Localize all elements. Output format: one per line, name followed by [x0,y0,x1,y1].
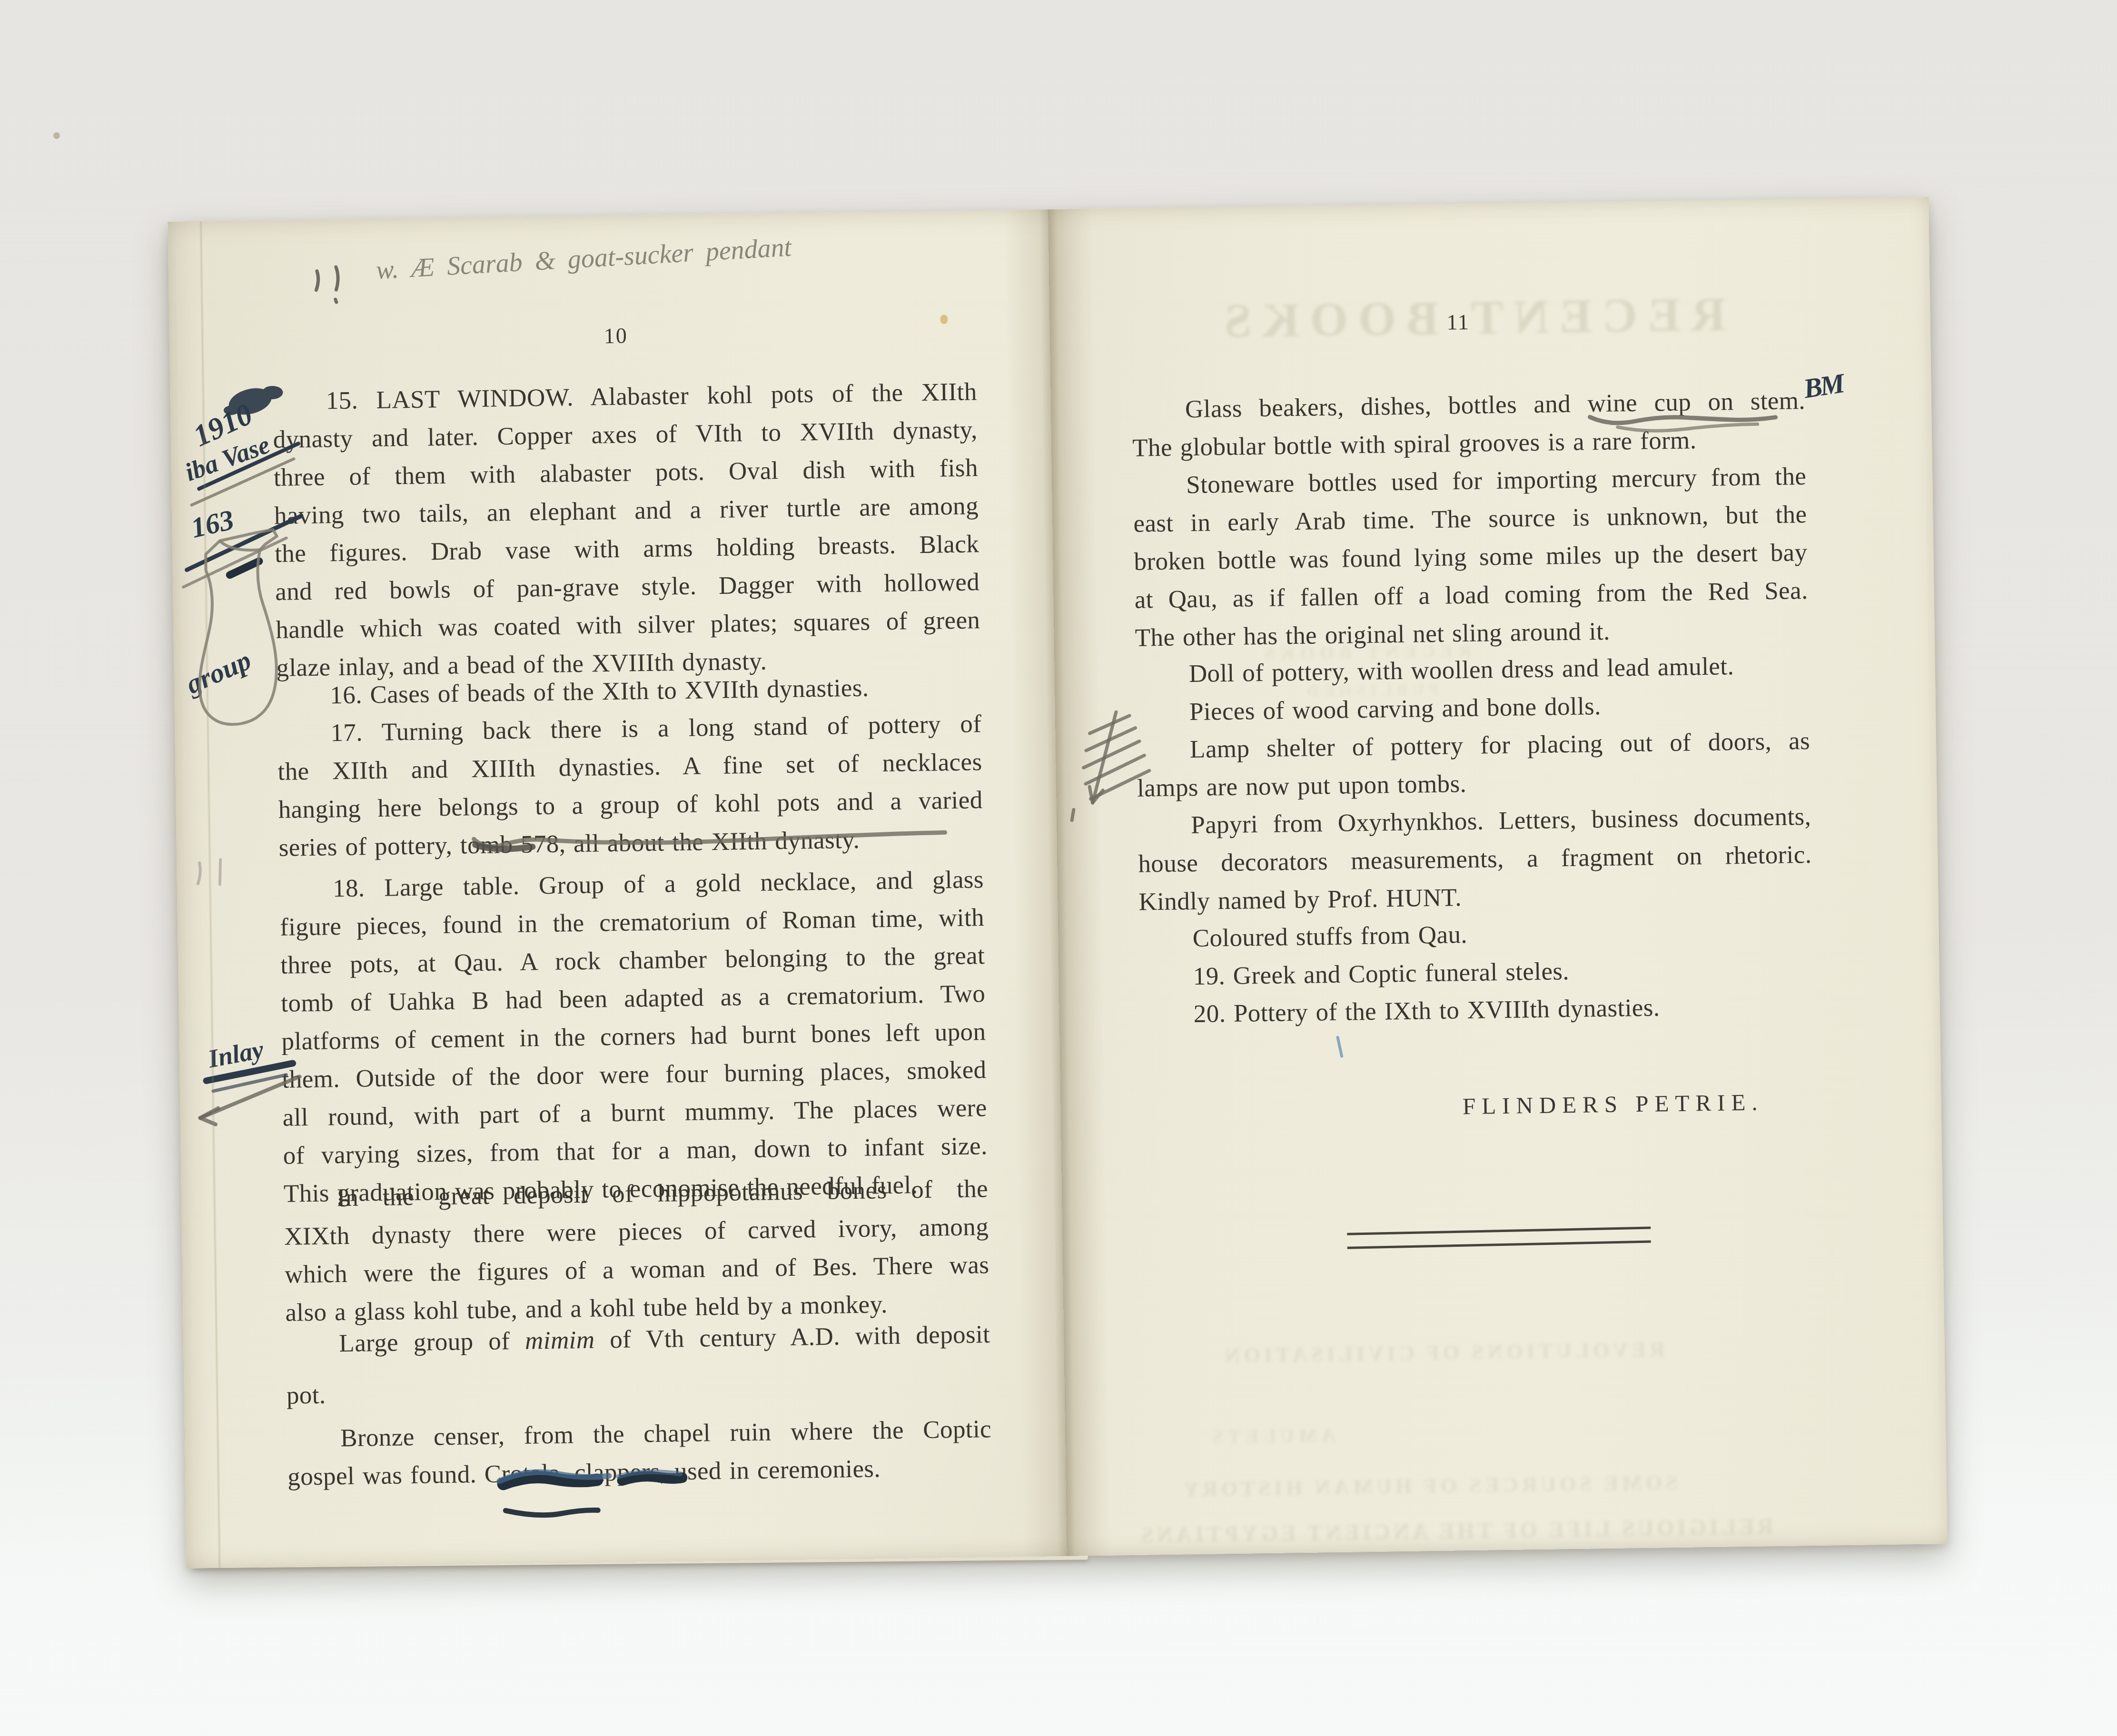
print-line: pot. [286,1367,991,1415]
pencil-tick-marks [316,267,338,303]
print-text: Large group of [339,1327,525,1357]
paragraph-15: 15. LAST WINDOW. Alabaster kohl pots of … [272,373,981,687]
double-rule-top [1347,1226,1651,1235]
paragraph-stoneware: Stoneware bottles used for importing mer… [1133,457,1809,657]
margin-inlay-annotation: Inlay [206,1035,266,1074]
page-number-10: 10 [568,322,663,349]
paragraph-bronze-censer: Bronze censer, from the chapel ruin wher… [287,1410,992,1496]
page-10: w. Æ Scarab & goat-sucker pendant 10 15.… [168,209,1067,1568]
top-pencil-annotation: w. Æ Scarab & goat-sucker pendant [375,232,792,286]
paragraph-hippopotamus: In the great deposit of hippopotamus bon… [284,1170,990,1332]
paragraph-mimim: Large group of mimim of Vth century A.D.… [286,1315,991,1415]
double-rule-bottom [1347,1240,1651,1249]
margin-bm-annotation: BM [1801,367,1845,405]
signature-flinders-petrie: FLINDERS PETRIE. [1141,1088,1764,1124]
show-through-line: REVOLUTIONS OF CIVILISATION [1221,1337,1665,1368]
margin-number-annotation: 163 [188,503,237,545]
page-11: RECENT BOOKS RECENT BOOKS PUBLISHED REVO… [1048,197,1947,1556]
paragraph-glass-beakers: Glass beakers, dishes, bottles and wine … [1132,382,1806,467]
margin-group-annotation: group [181,644,256,700]
open-booklet-spread: w. Æ Scarab & goat-sucker pendant 10 15.… [168,197,1947,1568]
blue-pencil-fleck [1338,1037,1342,1056]
page-number-11: 11 [1410,309,1506,335]
show-through-line: SOME SOURCES OF HUMAN HISTORY [1180,1470,1677,1502]
paragraph-18: 18. Large table. Group of a gold necklac… [279,860,988,1213]
show-through-line: RELIGIOUS LIFE OF THE ANCIENT EGYPTIANS [1138,1514,1773,1548]
paragraph-papyri: Papyri from Oxyrhynkhos. Letters, busine… [1138,798,1812,921]
paragraph-lamp-shelter: Lamp shelter of pottery for placing out … [1137,722,1811,808]
backdrop-speck [53,132,60,139]
paragraph-17: 17. Turning back there is a long stand o… [277,705,983,867]
paper-fleck [940,315,948,324]
print-text: of Vth century A.D. with deposit [594,1321,990,1354]
italic-word: mimim [525,1326,595,1355]
scanned-booklet-photo: { "annotations": { "top_pencil": "w. Æ S… [0,0,2117,1736]
show-through-line: AMULETS [1208,1424,1335,1448]
vase-sketch [198,530,279,725]
